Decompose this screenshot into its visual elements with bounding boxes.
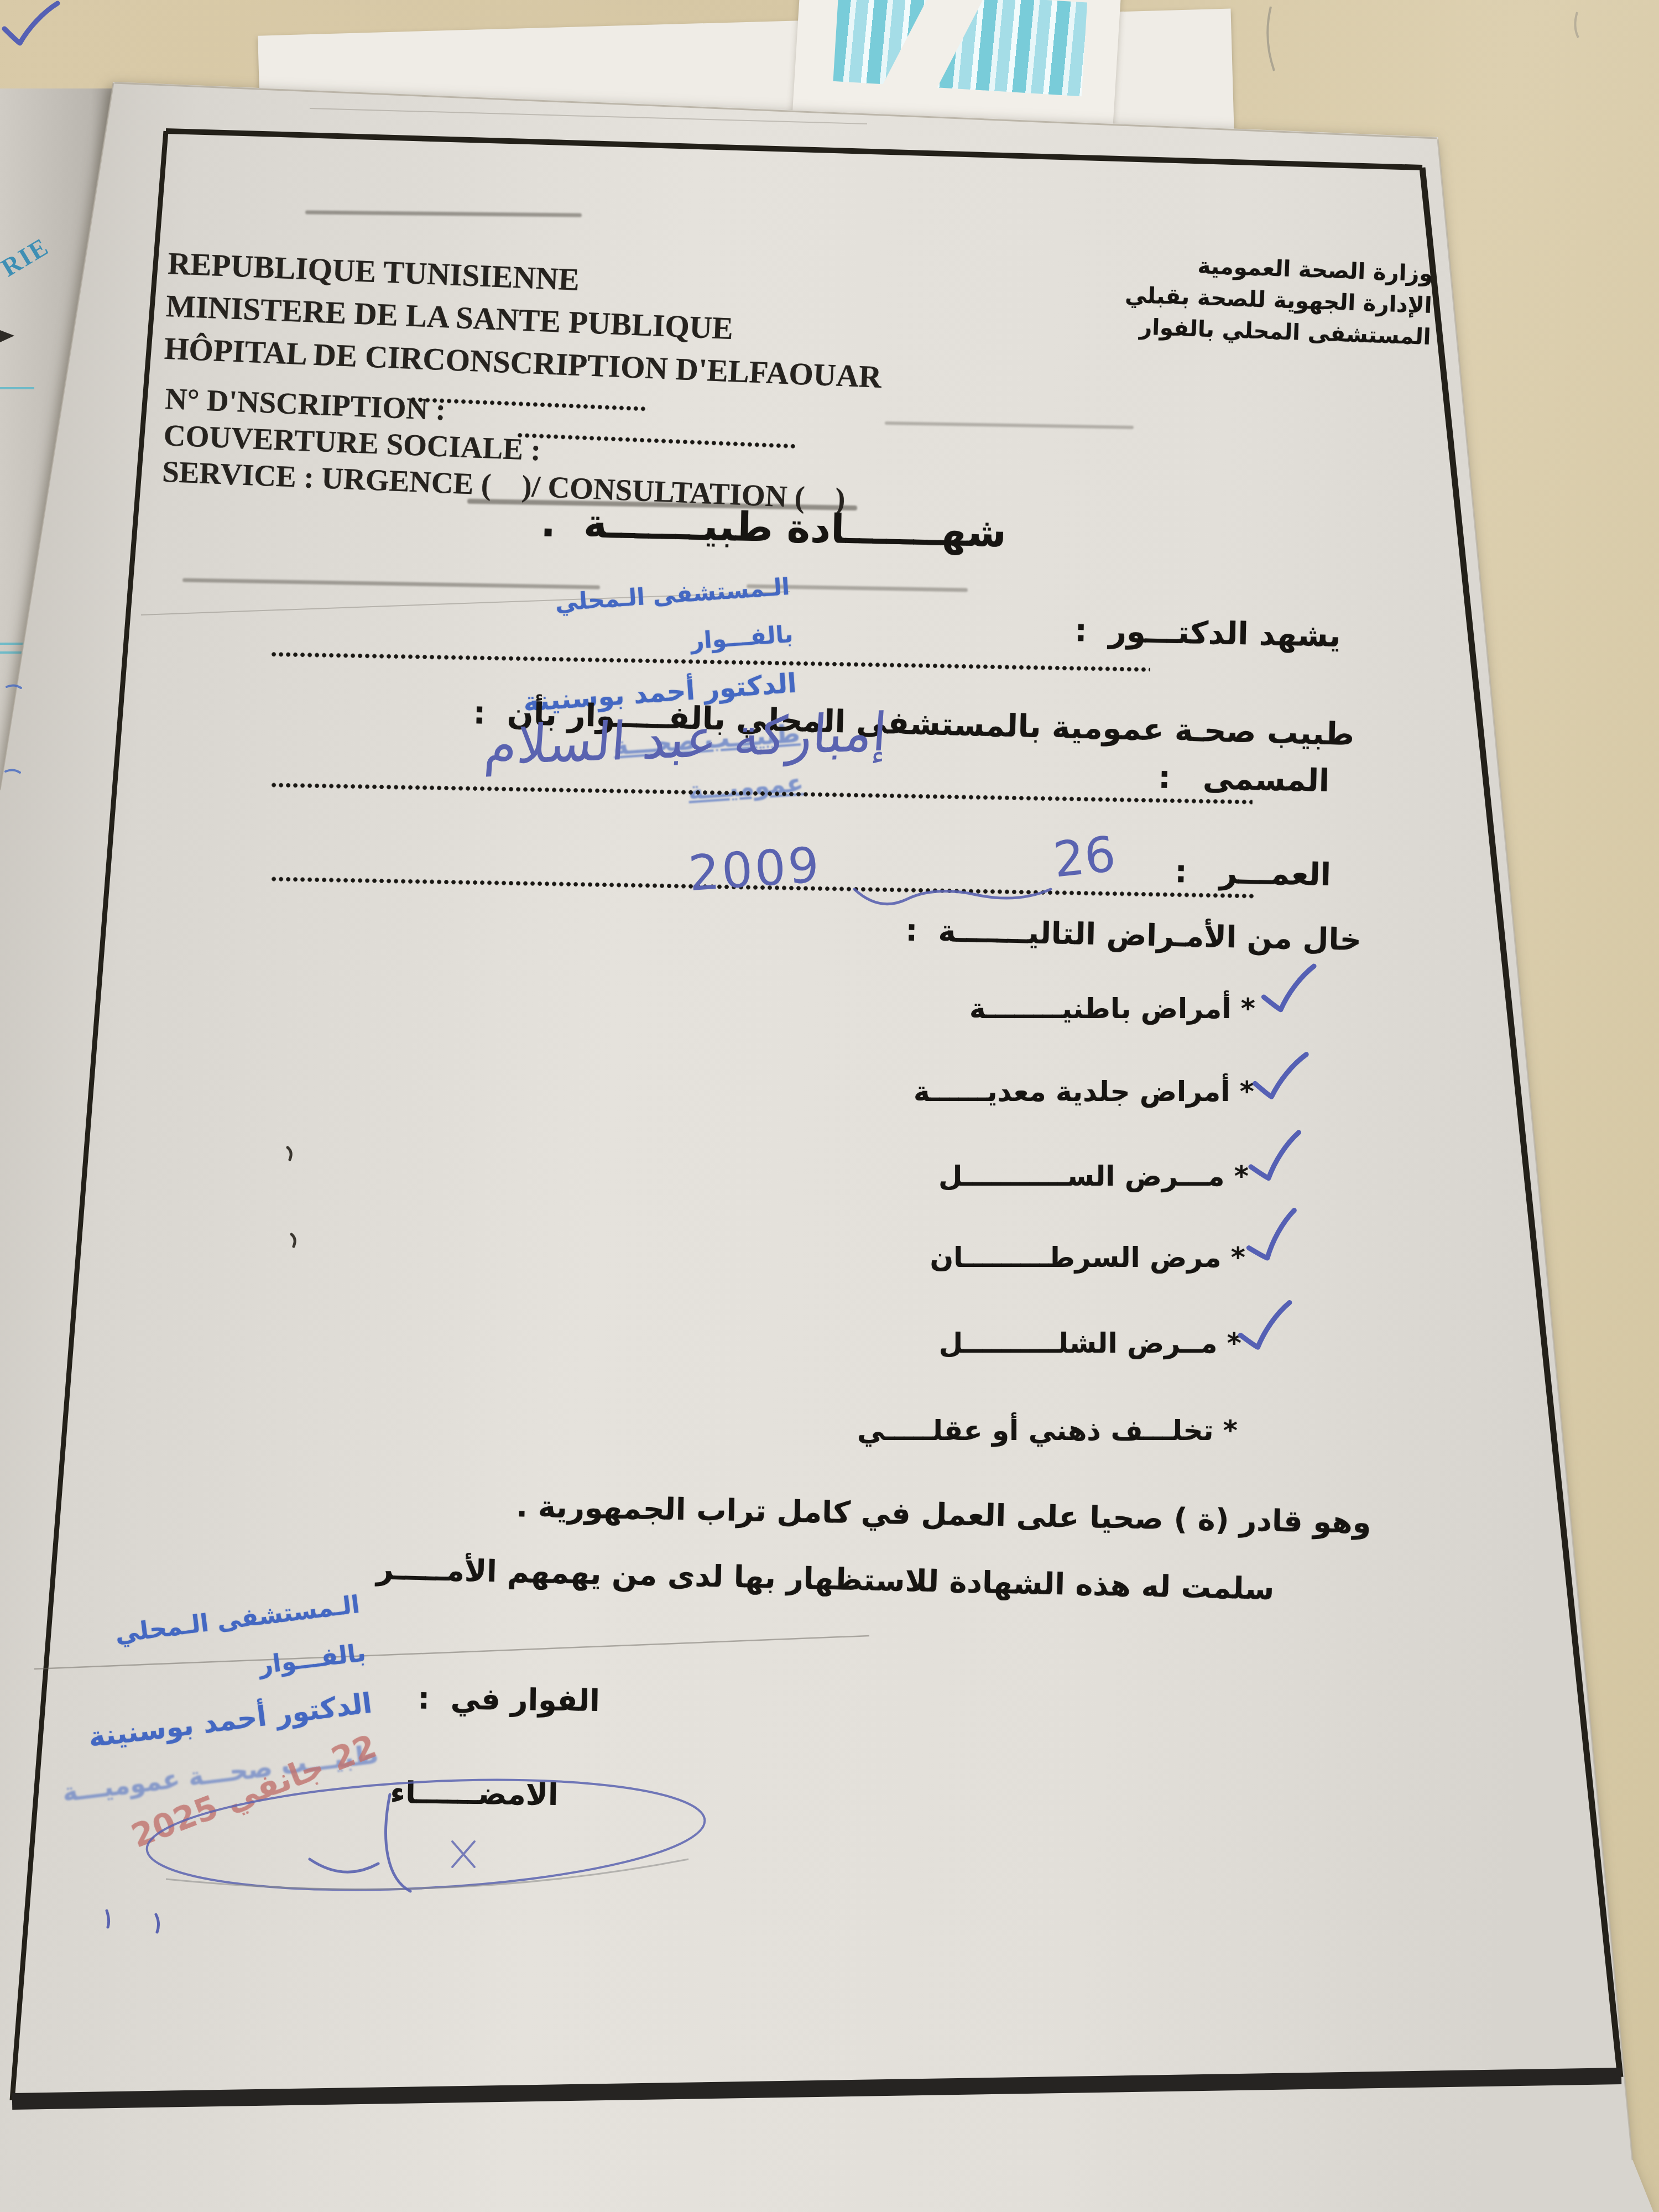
age-day-handwriting: 26	[1051, 825, 1118, 888]
disease-item: * مــرض الشلــــــــــل	[939, 1327, 1241, 1359]
disease-item: * مرض السرطـــــــــان	[930, 1241, 1245, 1274]
age-label: العمـــر :	[1175, 854, 1332, 893]
name-label: المسمى :	[1158, 760, 1330, 799]
disease-item: * أمراض جلدية معديــــــة	[914, 1076, 1254, 1108]
place-label: الفوار في :	[418, 1681, 600, 1718]
doctor-stamp-bottom: الـمستشفى الـمحلي بالفـــوار الدكتور أحم…	[19, 1580, 382, 1820]
disease-item: * مـــرض الســـــــــــل	[938, 1160, 1249, 1192]
disease-item: * تخلـــف ذهني أو عقلـــــي	[857, 1415, 1238, 1447]
signature-label: الامضــــــاء	[390, 1775, 559, 1812]
header-right: وزارة الصحة العمومية الإدارة الجهوية للص…	[1123, 248, 1433, 353]
age-year-handwriting: 2009	[687, 836, 823, 902]
photo-scene: RIE REPUBLIQUE TUNISIENNE MINISTERE	[0, 0, 1659, 2212]
disease-item: * أمراض باطنيــــــــة	[969, 993, 1255, 1025]
certify-label: يشهد الدكتـــور :	[1074, 613, 1341, 654]
